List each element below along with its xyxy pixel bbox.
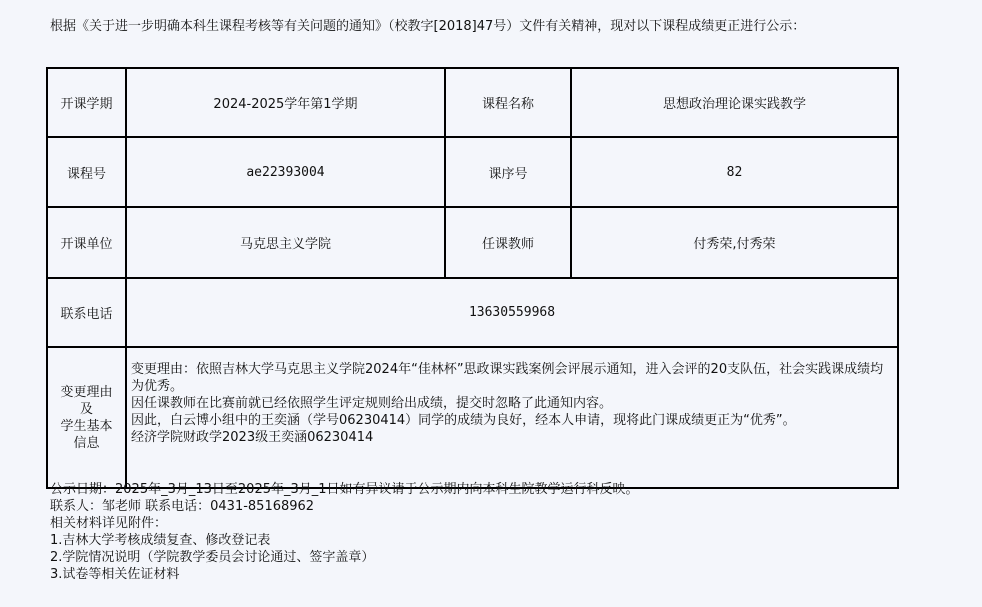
value-teacher: 付秀荣,付秀荣 xyxy=(571,207,898,278)
grade-correction-table: 开课学期 2024-2025学年第1学期 课程名称 思想政治理论课实践教学 课程… xyxy=(46,67,899,489)
notice-date: 公示日期：2025年_3月_13日至2025年_3月_1日如有异议请于公示期内向… xyxy=(50,481,639,498)
student-info: 经济学院财政学2023级王奕涵06230414 xyxy=(131,429,893,446)
label-reason: 变更理由 及 学生基本 信息 xyxy=(47,347,126,488)
label-semester: 开课学期 xyxy=(47,68,126,137)
attachment-item: 2.学院情况说明（学院教学委员会讨论通过、签字盖章） xyxy=(50,549,639,566)
attachment-item: 1.吉林大学考核成绩复查、修改登记表 xyxy=(50,532,639,549)
value-course-name: 思想政治理论课实践教学 xyxy=(571,68,898,137)
label-phone: 联系电话 xyxy=(47,278,126,347)
footer-notes: 公示日期：2025年_3月_13日至2025年_3月_1日如有异议请于公示期内向… xyxy=(50,481,639,583)
attachments-title: 相关材料详见附件： xyxy=(50,515,639,532)
intro-paragraph: 根据《关于进一步明确本科生课程考核等有关问题的通知》（校教字[2018]47号）… xyxy=(50,18,910,35)
reason-paragraph: 因任课教师在比赛前就已经依照学生评定规则给出成绩，提交时忽略了此通知内容。 xyxy=(131,395,893,412)
table-row-semester: 开课学期 2024-2025学年第1学期 课程名称 思想政治理论课实践教学 xyxy=(47,68,898,137)
value-semester: 2024-2025学年第1学期 xyxy=(126,68,445,137)
value-reason: 变更理由：依照吉林大学马克思主义学院2024年“佳林杯”思政课实践案例会评展示通… xyxy=(126,347,898,488)
value-department: 马克思主义学院 xyxy=(126,207,445,278)
label-course-name: 课程名称 xyxy=(445,68,571,137)
reason-paragraph: 变更理由：依照吉林大学马克思主义学院2024年“佳林杯”思政课实践案例会评展示通… xyxy=(131,361,893,395)
contact-info: 联系人：邹老师 联系电话：0431-85168962 xyxy=(50,498,639,515)
value-phone: 13630559968 xyxy=(126,278,898,347)
label-reason-line: 及 xyxy=(48,401,125,418)
reason-paragraph: 因此，白云博小组中的王奕涵（学号06230414）同学的成绩为良好，经本人申请，… xyxy=(131,412,893,429)
label-department: 开课单位 xyxy=(47,207,126,278)
attachment-item: 3.试卷等相关佐证材料 xyxy=(50,566,639,583)
label-section-number: 课序号 xyxy=(445,137,571,207)
table-row-reason: 变更理由 及 学生基本 信息 变更理由：依照吉林大学马克思主义学院2024年“佳… xyxy=(47,347,898,488)
value-course-number: ae22393004 xyxy=(126,137,445,207)
table-row-department: 开课单位 马克思主义学院 任课教师 付秀荣,付秀荣 xyxy=(47,207,898,278)
label-reason-line: 变更理由 xyxy=(48,384,125,401)
value-section-number: 82 xyxy=(571,137,898,207)
label-course-number: 课程号 xyxy=(47,137,126,207)
label-reason-line: 信息 xyxy=(48,435,125,452)
table-row-course-number: 课程号 ae22393004 课序号 82 xyxy=(47,137,898,207)
label-reason-line: 学生基本 xyxy=(48,418,125,435)
table-row-phone: 联系电话 13630559968 xyxy=(47,278,898,347)
label-teacher: 任课教师 xyxy=(445,207,571,278)
